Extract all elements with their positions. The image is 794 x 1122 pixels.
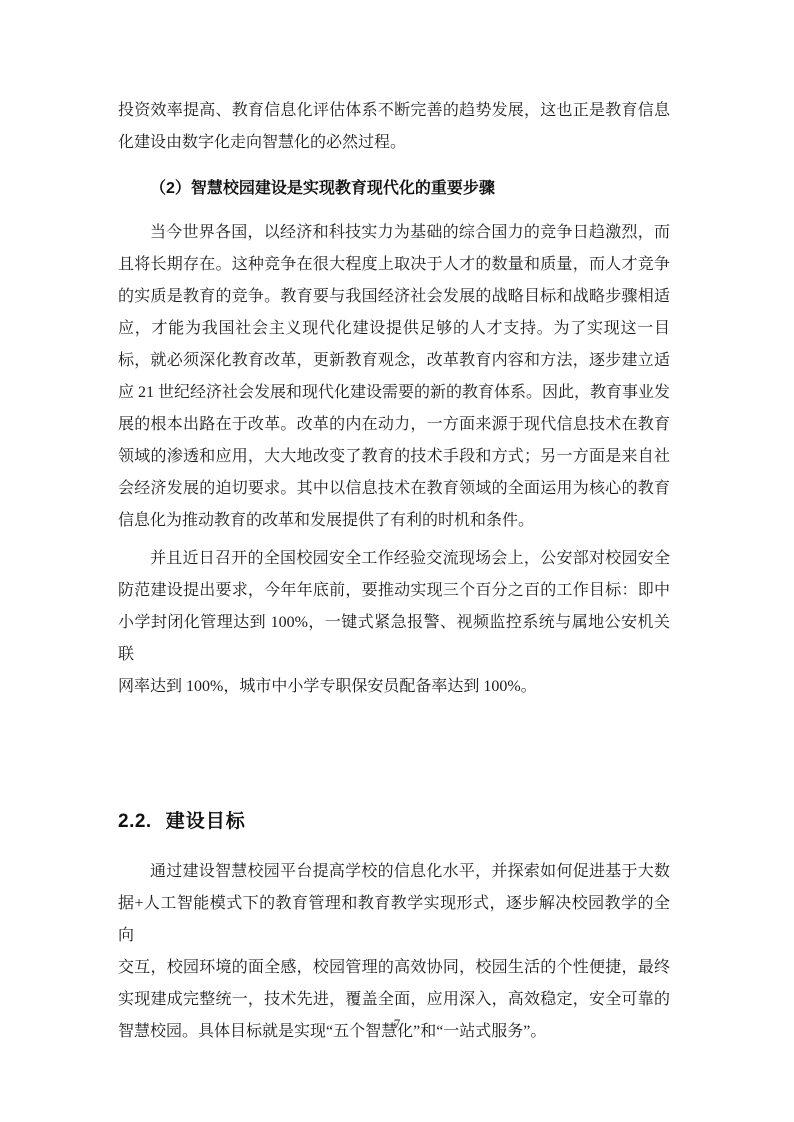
text-line: 据+人工智能模式下的教育管理和教育教学实现形式，逐步解决校园教学的全向 [118,888,670,952]
text-line: 标，就必须深化教育改革，更新教育观念，改革教育内容和方法，逐步建立适 [118,345,670,377]
text-line: 通过建设智慧校园平台提高学校的信息化水平，并探索如何促进基于大数 [118,856,670,888]
text-line: 并且近日召开的全国校园安全工作经验交流现场会上，公安部对校园安全 [118,543,670,575]
document-content: 投资效率提高、教育信息化评估体系不断完善的趋势发展，这也正是教育信息化建设由数字… [118,0,670,1048]
text-line: 当今世界各国，以经济和科技实力为基础的综合国力的竞争日趋激烈，而 [118,217,670,249]
text-line: 防范建设提出要求，今年年底前，要推动实现三个百分之百的工作目标：即中 [118,575,670,607]
text-line: 应，才能为我国社会主义现代化建设提供足够的人才支持。为了实现这一目 [118,313,670,345]
text-line: 的实质是教育的竞争。教育要与我国经济社会发展的战略目标和战略步骤相适 [118,281,670,313]
text-line: 会经济发展的迫切要求。其中以信息技术在教育领域的全面运用为核心的教育 [118,473,670,505]
text-line: 实现建成完整统一，技术先进，覆盖全面，应用深入，高效稳定，安全可靠的 [118,984,670,1016]
text-line: 展的根本出路在于改革。改革的内在动力，一方面来源于现代信息技术在教育 [118,409,670,441]
text-line: 信息化为推动教育的改革和发展提供了有利的时机和条件。 [118,505,670,537]
section-number: 2.2. [118,811,152,832]
document-page: 投资效率提高、教育信息化评估体系不断完善的趋势发展，这也正是教育信息化建设由数字… [0,0,794,1122]
subheading-smart-campus-modernization-step: （2）智慧校园建设是实现教育现代化的重要步骤 [118,173,670,205]
text-line: 领域的渗透和应用，大大地改变了教育的技术手段和方式；另一方面是来自社 [118,441,670,473]
text-line: 交互，校园环境的面全感，校园管理的高效协同，校园生活的个性便捷，最终 [118,952,670,984]
text-line: 且将长期存在。这种竞争在很大程度上取决于人才的数量和质量，而人才竞争 [118,249,670,281]
text-line: 投资效率提高、教育信息化评估体系不断完善的趋势发展，这也正是教育信息 [118,95,670,127]
paragraph-intro-continuation: 投资效率提高、教育信息化评估体系不断完善的趋势发展，这也正是教育信息化建设由数字… [118,95,670,159]
text-line: 小学封闭化管理达到 100%，一键式紧急报警、视频监控系统与属地公安机关联 [118,607,670,671]
text-line: 应 21 世纪经济社会发展和现代化建设需要的新的教育体系。因此，教育事业发 [118,377,670,409]
page-number: 7 [0,1014,794,1034]
text-line: 网率达到 100%，城市中小学专职保安员配备率达到 100%。 [118,671,670,703]
paragraph-education-competition: 当今世界各国，以经济和科技实力为基础的综合国力的竞争日趋激烈，而且将长期存在。这… [118,217,670,537]
text-line: 化建设由数字化走向智慧化的必然过程。 [118,127,670,159]
section-heading-2-2: 2.2.建设目标 [118,807,670,837]
section-title: 建设目标 [166,811,246,832]
paragraph-campus-safety-targets: 并且近日召开的全国校园安全工作经验交流现场会上，公安部对校园安全防范建设提出要求… [118,543,670,703]
